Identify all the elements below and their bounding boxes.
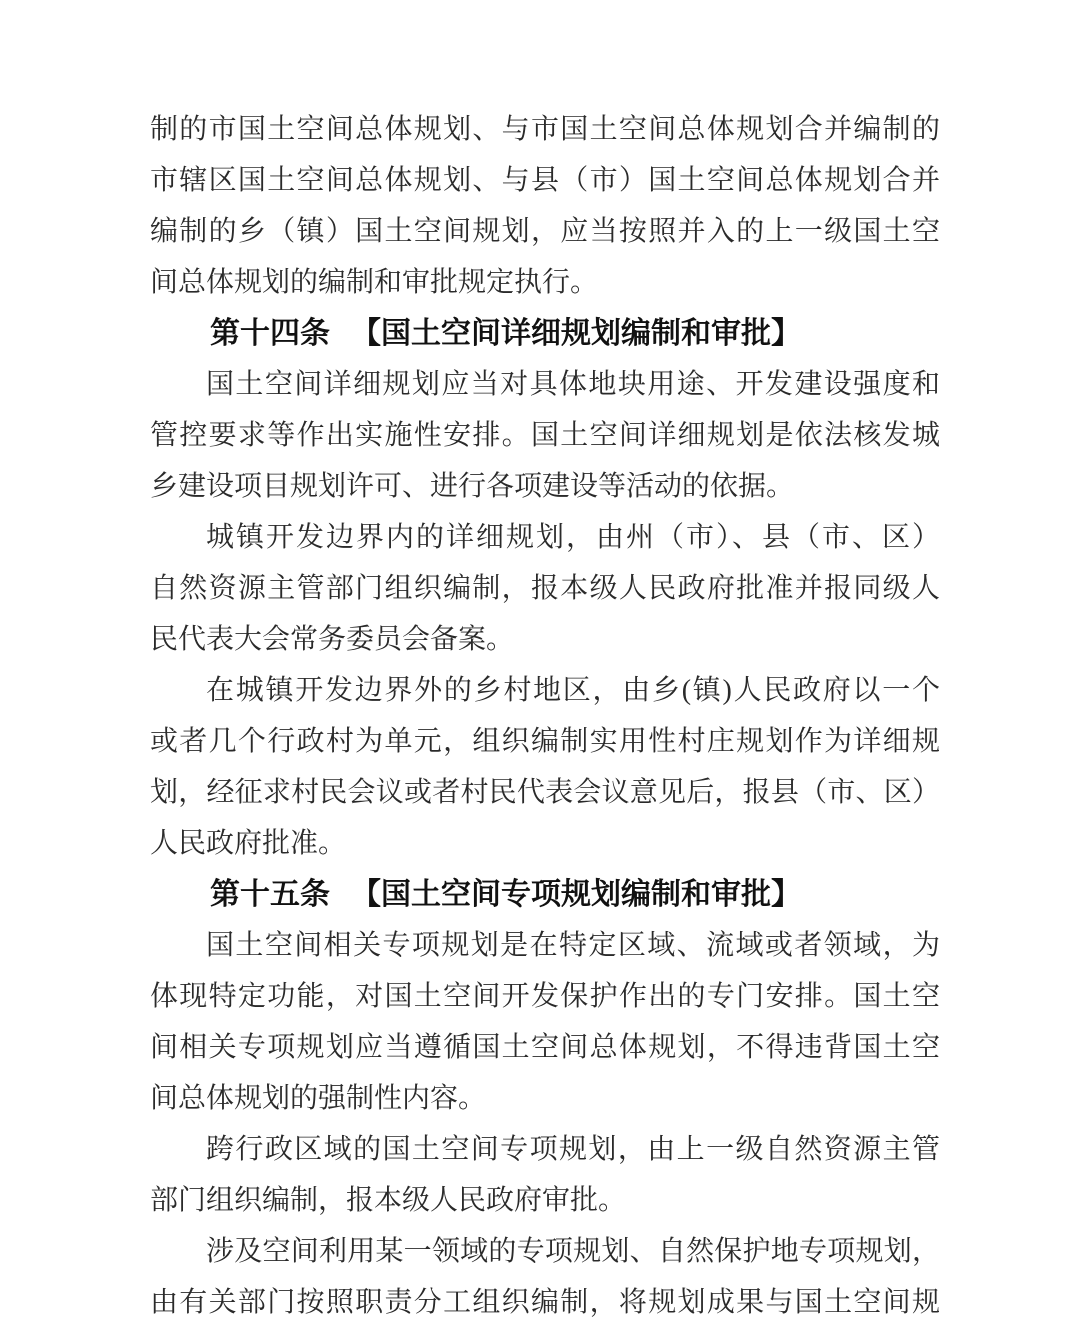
article-heading: 第十五条【国土空间专项规划编制和审批】 <box>150 869 940 920</box>
text-line: 乡建设项目规划许可、进行各项建设等活动的依据。 <box>150 461 940 512</box>
text-line: 制的市国土空间总体规划、与市国土空间总体规划合并编制的 <box>150 104 940 155</box>
article-number: 第十五条 <box>210 878 330 911</box>
article-title: 【国土空间详细规划编制和审批】 <box>351 317 801 350</box>
article-number: 第十四条 <box>210 317 330 350</box>
text-line: 或者几个行政村为单元，组织编制实用性村庄规划作为详细规 <box>150 716 940 767</box>
text-line: 跨行政区域的国土空间专项规划，由上一级自然资源主管 <box>150 1124 940 1175</box>
text-line: 市辖区国土空间总体规划、与县（市）国土空间总体规划合并 <box>150 155 940 206</box>
text-line: 民代表大会常务委员会备案。 <box>150 614 940 665</box>
text-line: 国土空间详细规划应当对具体地块用途、开发建设强度和 <box>150 359 940 410</box>
text-line: 管控要求等作出实施性安排。国土空间详细规划是依法核发城 <box>150 410 940 461</box>
text-line: 划，经征求村民会议或者村民代表会议意见后，报县（市、区） <box>150 767 940 818</box>
text-line: 间相关专项规划应当遵循国土空间总体规划，不得违背国土空 <box>150 1022 940 1073</box>
article-title: 【国土空间专项规划编制和审批】 <box>351 878 801 911</box>
document-text-block: 制的市国土空间总体规划、与市国土空间总体规划合并编制的市辖区国土空间总体规划、与… <box>150 104 940 1328</box>
text-line: 体现特定功能，对国土空间开发保护作出的专门安排。国土空 <box>150 971 940 1022</box>
text-line: 编制的乡（镇）国土空间规划，应当按照并入的上一级国土空 <box>150 206 940 257</box>
text-line: 人民政府批准。 <box>150 818 940 869</box>
document-page: 制的市国土空间总体规划、与市国土空间总体规划合并编制的市辖区国土空间总体规划、与… <box>0 0 1080 1328</box>
text-line: 间总体规划的强制性内容。 <box>150 1073 940 1124</box>
text-line: 部门组织编制，报本级人民政府审批。 <box>150 1175 940 1226</box>
text-line: 间总体规划的编制和审批规定执行。 <box>150 257 940 308</box>
text-line: 由有关部门按照职责分工组织编制，将规划成果与国土空间规 <box>150 1277 940 1328</box>
text-line: 在城镇开发边界外的乡村地区，由乡(镇)人民政府以一个 <box>150 665 940 716</box>
text-line: 城镇开发边界内的详细规划，由州（市）、县（市、区） <box>150 512 940 563</box>
text-line: 自然资源主管部门组织编制，报本级人民政府批准并报同级人 <box>150 563 940 614</box>
text-line: 涉及空间利用某一领域的专项规划、自然保护地专项规划， <box>150 1226 940 1277</box>
text-line: 国土空间相关专项规划是在特定区域、流域或者领域，为 <box>150 920 940 971</box>
article-heading: 第十四条【国土空间详细规划编制和审批】 <box>150 308 940 359</box>
